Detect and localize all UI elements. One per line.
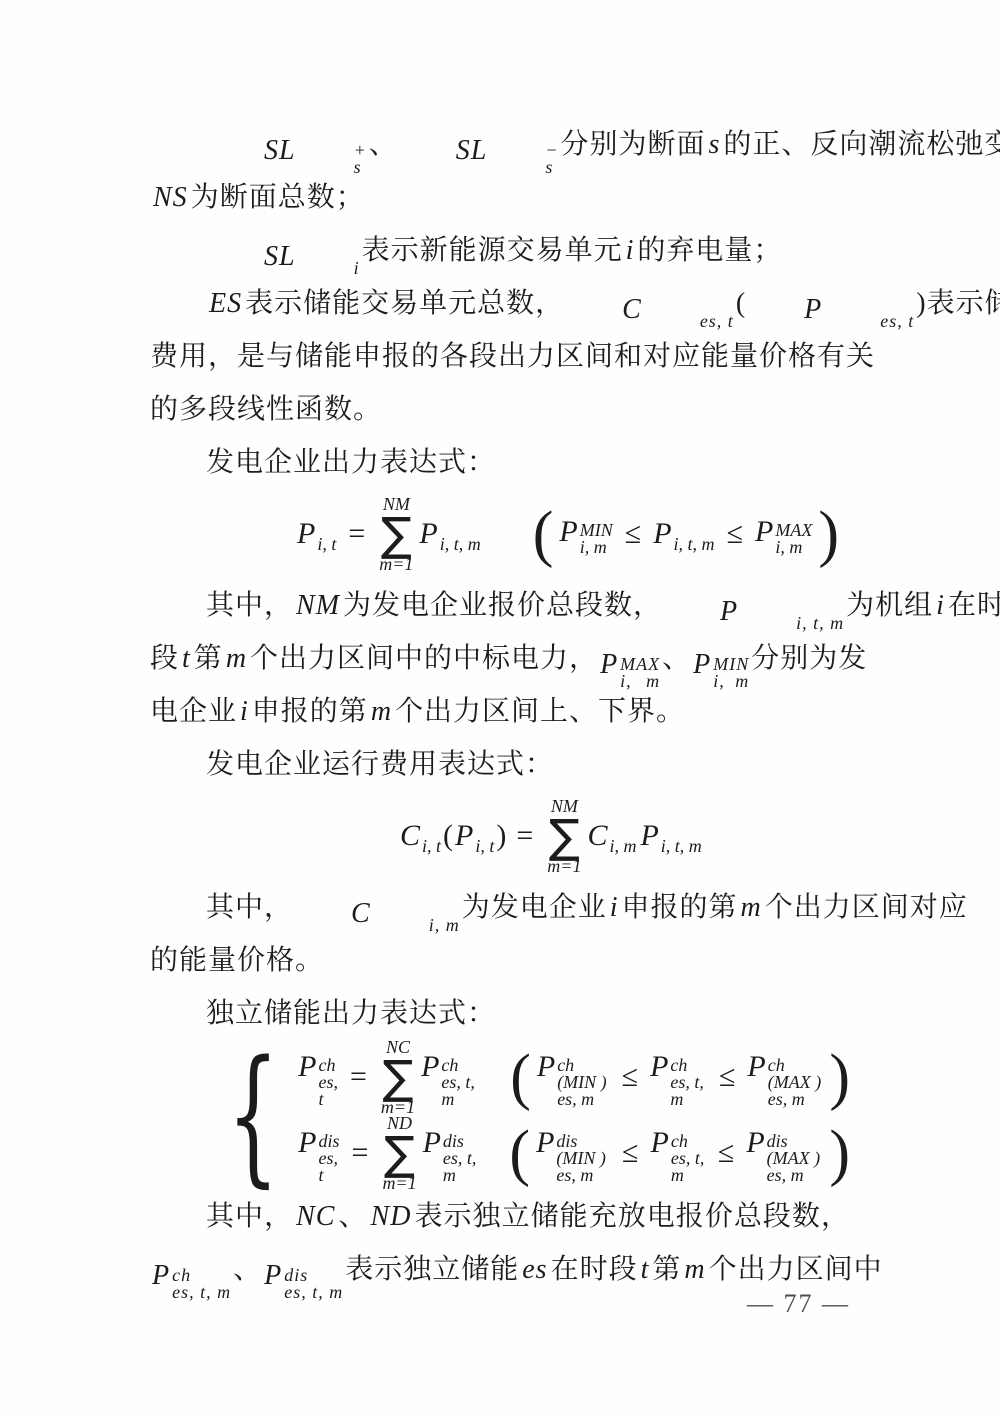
math-scripted: Pdis (MAX )es, m — [746, 1128, 823, 1179]
math-scripted: Pch (MAX )es, m — [747, 1052, 823, 1103]
text-run: 的能量价格。 — [150, 945, 324, 976]
text-run: 、 — [233, 1254, 262, 1285]
math-scripted: Pdis (MIN )es, m — [536, 1128, 610, 1179]
math-var: ES — [209, 288, 242, 319]
math-scripted: Pches, t, m — [421, 1052, 478, 1103]
math-operator: = — [352, 1136, 369, 1170]
math-operator: ≤ — [625, 517, 641, 551]
paragraph-line-storage-intervals: Pches, t, m、Pdises, t, m表示独立储能es在时段t第m个出… — [150, 1243, 850, 1296]
heading-generator-cost-expression: 发电企业运行费用表达式： — [150, 738, 850, 791]
text-run: 其中， — [206, 1201, 293, 1232]
curly-brace-left: { — [227, 1041, 279, 1189]
paragraph-line-energy-price: 的能量价格。 — [150, 934, 850, 987]
text-run: ( — [443, 819, 453, 853]
math-scripted: SL+s — [208, 137, 367, 171]
text-run: 其中， — [206, 590, 293, 621]
math-scripted: Ci, m — [587, 821, 636, 851]
formula-storage-system: { Pches, t=NC∑m=1Pches, t, m(Pch (MIN )e… — [150, 1040, 850, 1190]
math-scripted: Pi, t, m — [653, 519, 714, 549]
text-run: 在时段 — [551, 1254, 638, 1285]
text-run: 分别为断面 — [560, 129, 705, 160]
math-var: NS — [153, 182, 188, 213]
formula-storage-charge: Pches, t=NC∑m=1Pches, t, m(Pch (MIN )es,… — [296, 1042, 850, 1112]
math-operator: ≤ — [718, 1136, 734, 1170]
sum-operator: NM∑m=1 — [547, 797, 581, 875]
formula-storage-discharge: Pdises, t=ND∑m=1Pdises, t, m(Pdis (MIN )… — [296, 1118, 850, 1188]
math-var: t — [182, 643, 191, 674]
text-run: 分别为发 — [751, 643, 867, 674]
text-run: 的弃电量； — [637, 235, 782, 266]
math-operator: = — [350, 1060, 367, 1094]
paragraph-line-nm-desc: 其中，NM为发电企业报价总段数，Pi, t, m为机组i在时 — [150, 579, 850, 632]
paragraph-line-bounds: 电企业i申报的第m个出力区间上、下界。 — [150, 685, 850, 738]
paragraph-line-es-total: ES表示储能交易单元总数，Ces, t(Pes, t)表示储能的运行 — [150, 277, 850, 330]
math-scripted: Pch (MIN )es, m — [537, 1052, 610, 1103]
text-run: 费用，是与储能申报的各段出力区间和对应能量价格有关 — [150, 341, 875, 372]
math-var: i — [936, 590, 945, 621]
text-run: 为发电企业 — [462, 892, 607, 923]
text-run: 其中， — [206, 892, 293, 923]
text-run: 为机组 — [846, 590, 933, 621]
math-scripted: PMAXi, m — [600, 651, 660, 685]
math-operator: = — [348, 517, 365, 551]
paragraph-line-cost-desc: 费用，是与储能申报的各段出力区间和对应能量价格有关 — [150, 330, 850, 383]
text-run: 表示储能交易单元总数， — [245, 288, 564, 319]
text-run: 为断面总数； — [191, 182, 365, 213]
text-run: 个出力区间上、下界。 — [395, 696, 685, 727]
document-page: SL+s、SL−s分别为断面s的正、反向潮流松弛变量； NS为断面总数； SLi… — [0, 0, 1000, 1414]
text-run: 第 — [194, 643, 223, 674]
text-run: 、 — [369, 129, 398, 160]
storage-formula-rows: Pches, t=NC∑m=1Pches, t, m(Pch (MIN )es,… — [296, 1042, 850, 1188]
math-scripted: SLi — [208, 243, 360, 271]
text-run: 、 — [338, 1201, 367, 1232]
text-run: ) — [496, 819, 506, 853]
math-scripted: PMAXi, m — [755, 517, 812, 551]
math-operator: ≤ — [622, 1060, 638, 1094]
math-scripted: Ces, t — [566, 296, 734, 324]
sum-operator: NC∑m=1 — [381, 1038, 415, 1116]
math-var: es — [522, 1254, 547, 1285]
math-var: t — [641, 1254, 650, 1285]
math-scripted: Pi, t — [297, 519, 336, 549]
math-var: NM — [296, 590, 340, 621]
text-run: 电企业 — [150, 696, 237, 727]
paragraph-line-slack-variables: SL+s、SL−s分别为断面s的正、反向潮流松弛变量； — [150, 118, 850, 171]
math-var: NC — [296, 1201, 335, 1232]
text-run: 个出力区间对应 — [765, 892, 968, 923]
math-var: s — [709, 129, 721, 160]
math-operator: ≤ — [719, 1060, 735, 1094]
paragraph-line-ns-total: NS为断面总数； — [150, 171, 850, 224]
text-run: 的多段线性函数。 — [150, 394, 382, 425]
math-var: ND — [371, 1201, 412, 1232]
math-scripted: Pches, t — [298, 1052, 338, 1103]
math-scripted: Pches, t, m — [152, 1262, 231, 1296]
text-run: ) — [916, 288, 926, 319]
text-run: 第 — [652, 1254, 681, 1285]
document-content: SL+s、SL−s分别为断面s的正、反向潮流松弛变量； NS为断面总数； SLi… — [150, 118, 850, 1296]
math-scripted: Pi, t, m — [419, 519, 480, 549]
math-operator: ≤ — [727, 517, 743, 551]
page-number: — 77 — — [747, 1289, 850, 1319]
text-run: 为发电企业报价总段数， — [343, 590, 662, 621]
math-scripted: Pdises, t — [298, 1128, 339, 1179]
math-scripted: Pches, t, m — [650, 1052, 707, 1103]
sum-operator: NM∑m=1 — [379, 495, 413, 573]
paragraph-line-piecewise: 的多段线性函数。 — [150, 383, 850, 436]
text-run: 段 — [150, 643, 179, 674]
text-run: 个出力区间中 — [709, 1254, 883, 1285]
paragraph-line-cleared-power: 段t第m个出力区间中的中标电力，PMAXi, m、PMINi, m分别为发 — [150, 632, 850, 685]
math-scripted: PMINi, m — [559, 517, 612, 551]
math-var: i — [626, 235, 635, 266]
math-scripted: Pes, t — [748, 296, 914, 324]
math-var: m — [371, 696, 392, 727]
math-var: m — [226, 643, 247, 674]
text-run: 申报的第 — [252, 696, 368, 727]
heading-generator-output-expression: 发电企业出力表达式： — [150, 436, 850, 489]
math-var: m — [684, 1254, 705, 1285]
paragraph-line-curtailment: SLi表示新能源交易单元i的弃电量； — [150, 224, 850, 277]
math-var: i — [610, 892, 619, 923]
math-scripted: Pches, t, m — [651, 1128, 706, 1179]
text-run: 表示新能源交易单元 — [362, 235, 623, 266]
text-run: 独立储能出力表达式： — [206, 998, 496, 1029]
math-scripted: PMINi, m — [693, 651, 749, 685]
text-run: 表示独立储能 — [345, 1254, 519, 1285]
math-scripted: Pi, t — [455, 821, 494, 851]
text-run: 表示储能的运行 — [927, 288, 1000, 319]
math-var: i — [240, 696, 249, 727]
text-run: 个出力区间中的中标电力， — [250, 643, 598, 674]
text-run: 发电企业运行费用表达式： — [206, 749, 554, 780]
math-scripted: SL−s — [400, 137, 559, 171]
paragraph-line-cim-desc: 其中，Ci, m为发电企业i申报的第m个出力区间对应 — [150, 881, 850, 934]
text-run: 表示独立储能充放电报价总段数， — [414, 1201, 850, 1232]
text-run: 、 — [662, 643, 691, 674]
math-operator: = — [516, 819, 533, 853]
sum-operator: ND∑m=1 — [382, 1114, 416, 1192]
text-run: 的正、反向潮流松弛变量； — [723, 129, 1000, 160]
text-run: 在时 — [948, 590, 1000, 621]
math-operator: ≤ — [622, 1136, 638, 1170]
math-var: m — [741, 892, 762, 923]
text-run: 发电企业出力表达式： — [206, 447, 496, 478]
math-scripted: Ci, t — [400, 821, 441, 851]
text-run: ( — [736, 288, 746, 319]
math-scripted: Pi, t, m — [640, 821, 701, 851]
math-scripted: Ci, m — [295, 900, 460, 928]
text-run: 申报的第 — [622, 892, 738, 923]
math-scripted: Pdises, t, m — [423, 1128, 478, 1179]
formula-generator-output: Pi, t=NM∑m=1Pi, t, m(PMINi, m≤Pi, t, m≤P… — [150, 489, 850, 579]
math-scripted: Pdises, t, m — [264, 1262, 343, 1296]
math-scripted: Pi, t, m — [664, 598, 844, 626]
formula-generator-cost: Ci, t(Pi, t)=NM∑m=1Ci, mPi, t, m — [150, 791, 850, 881]
